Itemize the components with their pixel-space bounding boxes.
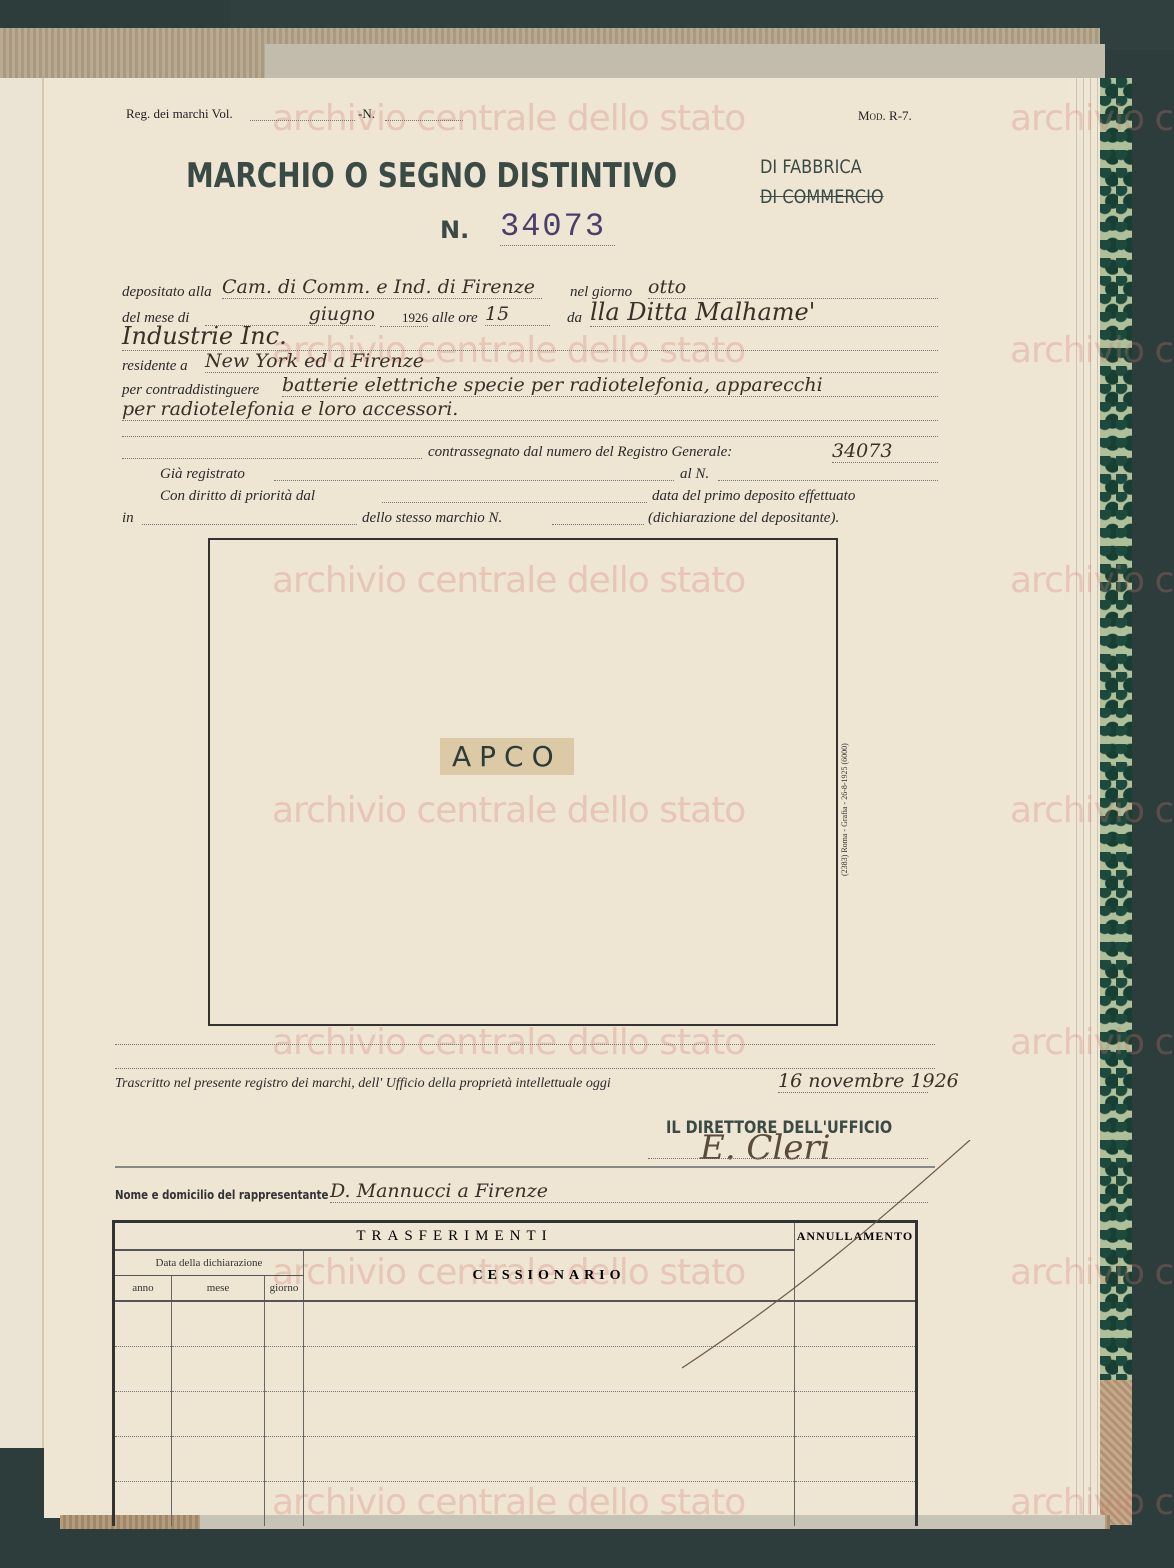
general-register-number: 34073 — [832, 440, 938, 463]
already-registered-field — [274, 480, 674, 481]
left-page-edge — [0, 78, 44, 1448]
marbled-cover-edge — [1100, 78, 1132, 1408]
binding-tape-top — [265, 44, 1105, 78]
same-mark-label: dello stesso marchio N. — [362, 510, 502, 527]
transcription-label: Trascritto nel presente registro dei mar… — [115, 1076, 611, 1092]
trademark-label-apco: APCO — [440, 738, 574, 775]
representative-label: Nome e domicilio del rappresentante — [115, 1188, 328, 1202]
watermark: archivio centrale dello stato — [1010, 1482, 1174, 1523]
deposited-label: depositato alla — [122, 284, 212, 301]
table-row — [114, 1392, 917, 1437]
purpose-line2: per radiotelefonia e loro accessori. — [122, 398, 938, 421]
type-commercio-struck: DI COMMERCIO — [760, 186, 884, 208]
reg-volume-field — [250, 120, 355, 121]
watermark: archivio centrale dello stato — [272, 98, 745, 139]
blank-line — [115, 1068, 935, 1069]
deposit-day: otto — [648, 276, 938, 299]
priority-label: Con diritto di priorità dal — [160, 488, 315, 505]
reg-number-field — [385, 120, 463, 121]
priority-field — [382, 502, 647, 503]
blank-line — [122, 436, 938, 437]
reg-volume-label: Reg. dei marchi Vol. — [126, 106, 233, 122]
already-registered-label: Già registrato — [160, 466, 245, 483]
trademark-number: 34073 — [500, 208, 615, 246]
table-row — [114, 1437, 917, 1482]
declaration-label: (dichiarazione del depositante). — [648, 510, 839, 527]
page-title: MARCHIO O SEGNO DISTINTIVO — [186, 156, 677, 196]
watermark: archivio centrale dello stato — [1010, 330, 1174, 371]
blank-line — [115, 1044, 935, 1045]
transcription-date: 16 novembre 1926 — [778, 1070, 928, 1093]
residence-label: residente a — [122, 358, 188, 375]
printer-imprint: (2383) Roma - Grafia - 26-8-1925 (6000) — [840, 743, 849, 876]
type-fabbrica: DI FABBRICA — [760, 156, 862, 178]
cancellation-stroke — [680, 1140, 980, 1370]
table-row — [114, 1482, 917, 1527]
general-register-label: contrassegnato dal numero del Registro G… — [428, 444, 732, 461]
watermark: archivio centrale dello stato — [272, 1022, 745, 1063]
watermark: archivio centrale dello stato — [1010, 560, 1174, 601]
date-group-header: Data della dichiarazione — [114, 1250, 304, 1276]
blank-line — [122, 458, 422, 459]
trademark-image-box — [208, 538, 838, 1026]
watermark: archivio centrale dello stato — [1010, 98, 1174, 139]
in-label: in — [122, 510, 134, 527]
applicant-name-line2: Industrie Inc. — [122, 322, 938, 351]
purpose-line1: batterie elettriche specie per radiotele… — [282, 374, 938, 397]
in-field — [142, 524, 357, 525]
deposit-office: Cam. di Comm. e Ind. di Firenze — [222, 276, 542, 299]
col-mese: mese — [172, 1276, 265, 1302]
col-giorno: giorno — [265, 1276, 304, 1302]
watermark: archivio centrale dello stato — [1010, 1022, 1174, 1063]
col-anno: anno — [114, 1276, 172, 1302]
model-code: Mod. R-7. — [858, 108, 912, 124]
reg-number-label: -N. — [358, 106, 375, 122]
same-mark-field — [552, 524, 644, 525]
al-n-field — [718, 480, 938, 481]
watermark: archivio centrale dello stato — [1010, 1252, 1174, 1293]
number-label: N. — [440, 216, 469, 244]
residence-value: New York ed a Firenze — [205, 350, 938, 373]
first-deposit-label: data del primo deposito effettuato — [652, 488, 855, 505]
watermark: archivio centrale dello stato — [1010, 790, 1174, 831]
al-n-label: al N. — [680, 466, 709, 483]
purpose-label: per contraddistinguere — [122, 382, 259, 399]
